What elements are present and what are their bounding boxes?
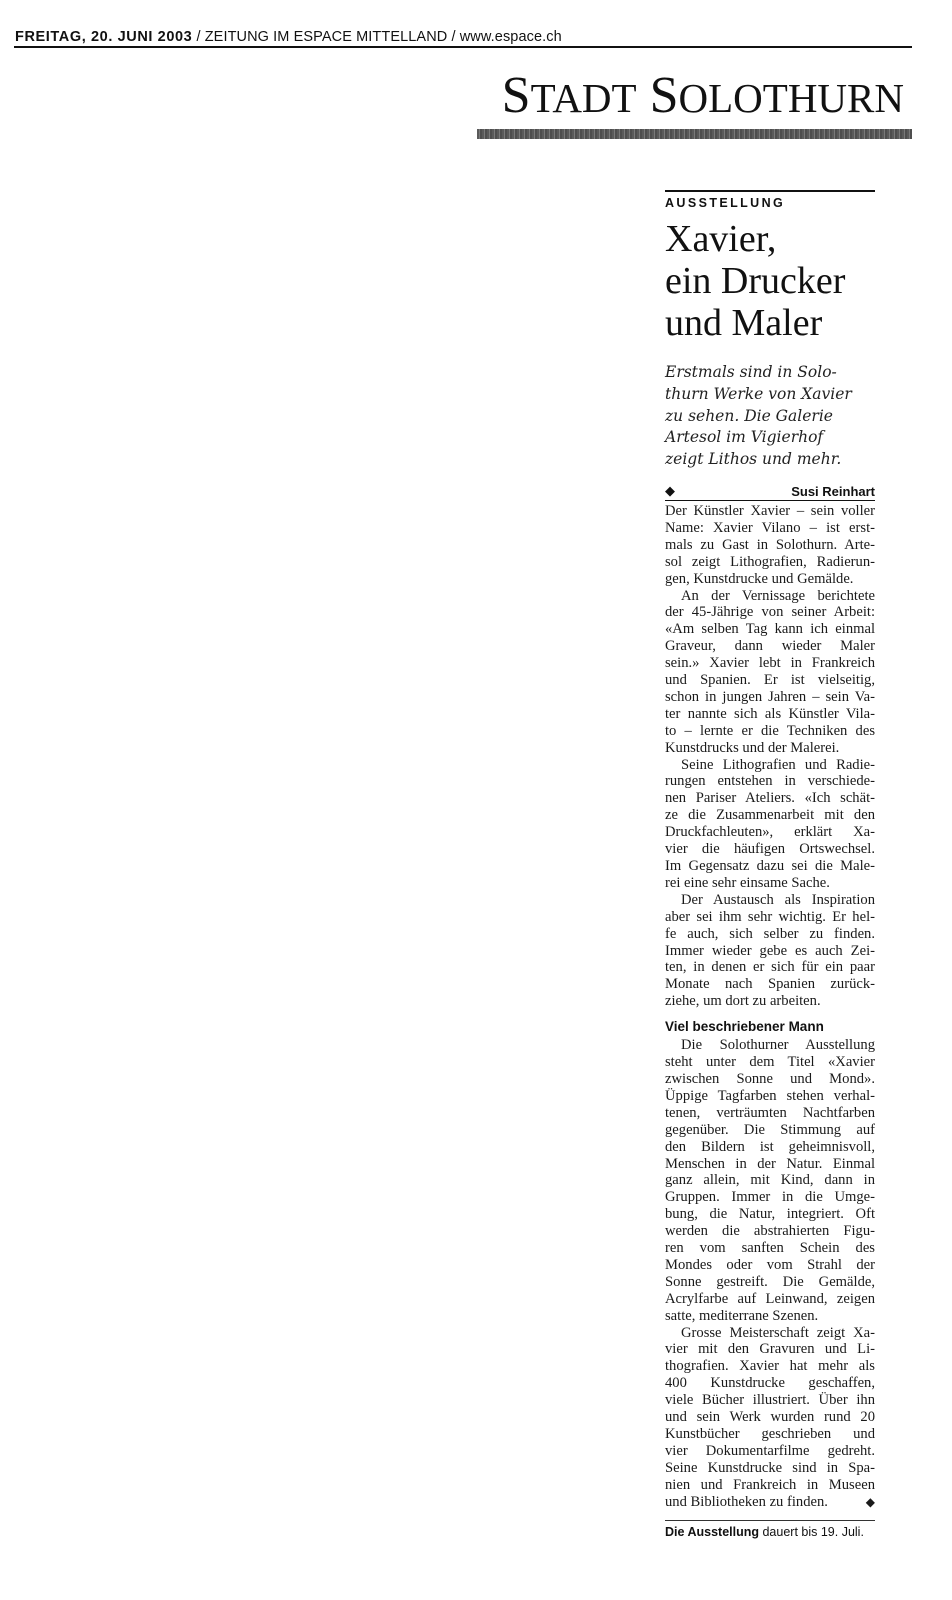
text-line: satte, mediterrane Szenen. <box>665 1308 875 1325</box>
text-line: An der Vernissage berichtete <box>665 588 875 605</box>
text-line: vier Dokumentarfilme gedreht. <box>665 1443 875 1460</box>
text-line: werden die abstrahierten Figu- <box>665 1223 875 1240</box>
info-rule <box>665 1520 875 1521</box>
text-line: Mondes oder vom Strahl der <box>665 1257 875 1274</box>
text-line: Grosse Meisterschaft zeigt Xa- <box>665 1325 875 1342</box>
text-line: vier mit den Gravuren und Li- <box>665 1341 875 1358</box>
masthead-rule <box>14 46 912 48</box>
text-line: und sein Werk wurden rund 20 <box>665 1409 875 1426</box>
text-line: Gruppen. Immer in die Umge- <box>665 1189 875 1206</box>
paragraph: Der Austausch als Inspirationaber sei ih… <box>665 892 875 1010</box>
section-title-initial: S <box>650 67 679 124</box>
text-line: gegenüber. Die Stimmung auf <box>665 1122 875 1139</box>
text-line: Der Austausch als Inspiration <box>665 892 875 909</box>
separator: / <box>447 29 459 45</box>
article-body: Die Solothurner Ausstellungsteht unter d… <box>665 1037 875 1510</box>
text-line: Seine Lithografien und Radie- <box>665 757 875 774</box>
text-line: Üppige Tagfarben stehen verhal- <box>665 1088 875 1105</box>
section-title-initial: S <box>502 67 531 124</box>
section-bar <box>477 129 912 139</box>
text-line: Kunstdrucks und der Malerei. <box>665 740 875 757</box>
text-line: ten, in denen er sich für ein paar <box>665 959 875 976</box>
text-line: ter nannte sich als Künstler Vila- <box>665 706 875 723</box>
text-line: ganz allein, mit Kind, dann in <box>665 1172 875 1189</box>
paragraph: An der Vernissage berichteteder 45-Jähri… <box>665 588 875 757</box>
text-line: fe auch, sich selber zu finden. <box>665 926 875 943</box>
text-line: Im Gegensatz dazu sei die Male- <box>665 858 875 875</box>
section-title-rest: OLOTHURN <box>679 75 904 121</box>
paragraph: Seine Lithografien und Radie-rungen ents… <box>665 757 875 892</box>
separator: / <box>192 29 204 45</box>
text-line: Sonne gestreift. Die Gemälde, <box>665 1274 875 1291</box>
lead-line: Erstmals sind in Solo- <box>665 362 875 384</box>
article-lead: Erstmals sind in Solo- thurn Werke von X… <box>665 362 875 471</box>
text-line: vier die häufigen Ortswechsel. <box>665 841 875 858</box>
text-line: ziehe, um dort zu arbeiten. <box>665 993 875 1010</box>
website-link[interactable]: www.espace.ch <box>460 29 562 45</box>
article-body: Der Künstler Xavier – sein vollerName: X… <box>665 503 875 1010</box>
text-line: Name: Xavier Vilano – ist erst- <box>665 520 875 537</box>
text-line: Der Künstler Xavier – sein voller <box>665 503 875 520</box>
text-line: sein.» Xavier lebt in Frankreich <box>665 655 875 672</box>
text-line: rungen entstehen in verschiede- <box>665 773 875 790</box>
text-line: der 45-Jährige von seiner Arbeit: <box>665 604 875 621</box>
text-line: ren vom sanften Schein des <box>665 1240 875 1257</box>
author-name: Susi Reinhart <box>791 485 875 499</box>
paragraph: Die Solothurner Ausstellungsteht unter d… <box>665 1037 875 1324</box>
masthead-dateline: FREITAG, 20. JUNI 2003 / ZEITUNG IM ESPA… <box>15 29 562 45</box>
headline-line: Xavier, <box>665 218 875 260</box>
paragraph: Der Künstler Xavier – sein vollerName: X… <box>665 503 875 588</box>
text-line: ze die Zusammenarbeit mit den <box>665 807 875 824</box>
article-headline: Xavier, ein Drucker und Maler <box>665 218 875 344</box>
text-line: tenen, verträumten Nachtfarben <box>665 1105 875 1122</box>
byline: ◆ Susi Reinhart <box>665 485 875 501</box>
text-line: Kunstbücher geschrieben und <box>665 1426 875 1443</box>
text-line: «Am selben Tag kann ich einmal <box>665 621 875 638</box>
text-line: Acrylfarbe auf Leinwand, zeigen <box>665 1291 875 1308</box>
text-line: rei eine sehr einsame Sache. <box>665 875 875 892</box>
article: AUSSTELLUNG Xavier, ein Drucker und Male… <box>665 190 875 1539</box>
lead-line: zeigt Lithos und mehr. <box>665 449 875 471</box>
text-line: gen, Kunstdrucke und Gemälde. <box>665 571 875 588</box>
text-line: mals zu Gast in Solothurn. Arte- <box>665 537 875 554</box>
text-line: den Bildern ist geheimnisvoll, <box>665 1139 875 1156</box>
info-label: Die Ausstellung <box>665 1525 759 1539</box>
text-line: Immer wieder gebe es auch Zei- <box>665 943 875 960</box>
text-line: sol zeigt Lithografien, Radierun- <box>665 554 875 571</box>
text-line: Druckfachleuten», erklärt Xa- <box>665 824 875 841</box>
article-kicker: AUSSTELLUNG <box>665 196 875 210</box>
section-title: STADT SOLOTHURN <box>484 66 904 128</box>
lead-line: thurn Werke von Xavier <box>665 384 875 406</box>
text-line: aber sei ihm sehr wichtig. Er hel- <box>665 909 875 926</box>
info-text: dauert bis 19. Juli. <box>759 1525 864 1539</box>
headline-line: und Maler <box>665 302 875 344</box>
text-line: Die Solothurner Ausstellung <box>665 1037 875 1054</box>
text-line: viele Bücher illustriert. Über ihn <box>665 1392 875 1409</box>
exhibition-info: Die Ausstellung dauert bis 19. Juli. <box>665 1525 875 1539</box>
text-line: Monate nach Spanien zurück- <box>665 976 875 993</box>
text-line: und Spanien. Er ist vielseitig, <box>665 672 875 689</box>
text-line: bung, die Natur, integriert. Oft <box>665 1206 875 1223</box>
article-subheading: Viel beschriebener Mann <box>665 1018 875 1035</box>
newspaper-name: ZEITUNG IM ESPACE MITTELLAND <box>205 29 448 45</box>
text-line: Menschen in der Natur. Einmal <box>665 1156 875 1173</box>
text-line: 400 Kunstdrucke geschaffen, <box>665 1375 875 1392</box>
text-line: nien und Frankreich in Museen <box>665 1477 875 1494</box>
text-line: Seine Kunstdrucke sind in Spa- <box>665 1460 875 1477</box>
issue-date: FREITAG, 20. JUNI 2003 <box>15 29 192 45</box>
lead-line: Artesol im Vigierhof <box>665 427 875 449</box>
text-line: Graveur, dann wieder Maler <box>665 638 875 655</box>
section-title-rest: TADT <box>531 75 637 121</box>
text-line: to – lernte er die Techniken des <box>665 723 875 740</box>
text-line: und Bibliotheken zu finden. <box>665 1494 875 1511</box>
text-line: zwischen Sonne und Mond». <box>665 1071 875 1088</box>
end-diamond-icon: ◆ <box>866 1494 875 1511</box>
paragraph: Grosse Meisterschaft zeigt Xa-vier mit d… <box>665 1325 875 1511</box>
diamond-icon: ◆ <box>665 485 675 499</box>
text-line: steht unter dem Titel «Xavier <box>665 1054 875 1071</box>
text-line: nen Pariser Ateliers. «Ich schät- <box>665 790 875 807</box>
text-line: schon in jungen Jahren – sein Va- <box>665 689 875 706</box>
text-line: thografien. Xavier hat mehr als <box>665 1358 875 1375</box>
lead-line: zu sehen. Die Galerie <box>665 406 875 428</box>
kicker-rule <box>665 190 875 192</box>
headline-line: ein Drucker <box>665 260 875 302</box>
